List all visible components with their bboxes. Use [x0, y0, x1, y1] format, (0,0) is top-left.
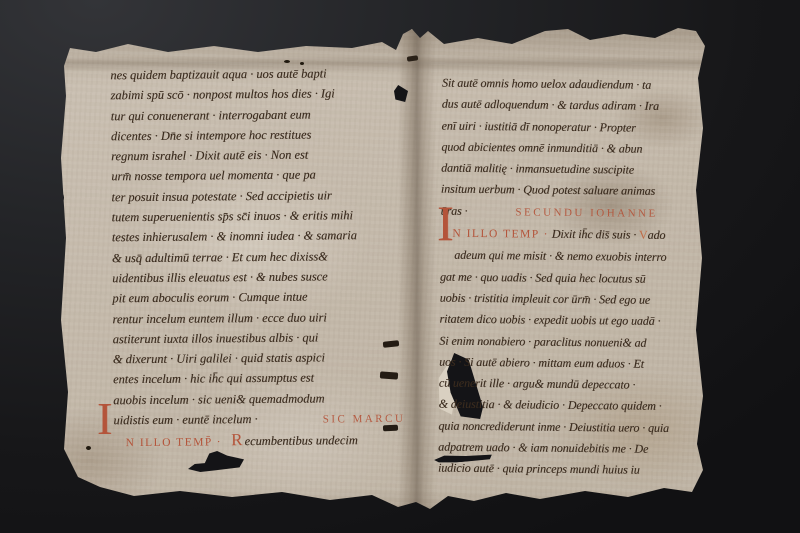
- line-text: ecumbentibus undecim: [244, 433, 357, 448]
- manuscript-line: uidentibus illis eleuatus est · & nubes …: [112, 266, 408, 289]
- manuscript-line: nes quidem baptizauit aqua · uos autē ba…: [110, 63, 406, 86]
- manuscript-line: enī uiri · iustitiā dī nonoperatur · Pro…: [441, 115, 709, 139]
- manuscript-line: quod abicientes omnē inmunditiā · & abun: [441, 136, 709, 160]
- manuscript-line: dicentes · Dn̄e si intempore hoc restitu…: [111, 124, 407, 147]
- manuscript-line: entes incelum · hic ih̄c qui assumptus e…: [113, 367, 409, 390]
- line-text: Dixit ih̄c dis̄ suis ·: [552, 227, 636, 242]
- manuscript-line: Si enim nonabiero · paraclitus nonueni& …: [439, 330, 707, 354]
- manuscript-line: tur qui conuenerant · interrogabant eum: [111, 103, 407, 126]
- manuscript-line: rentur incelum euntem illum · ecce duo u…: [112, 306, 408, 329]
- manuscript-line: astiterunt iuxta illos inuestibus albis …: [113, 327, 409, 350]
- initial-r: R: [225, 430, 245, 449]
- manuscript-line: & deiustitia · & deiudicio · Depeccato q…: [439, 394, 707, 418]
- manuscript-line: uidistis eum · euntē incelum · SIC MARCU: [113, 408, 409, 432]
- line-text: uidistis eum · euntē incelum ·: [113, 409, 257, 431]
- rubric-secundum-iohannem: SECUNDU IOHANNE: [515, 202, 658, 225]
- manuscript-line: uobis · tristitia impleuit cor ūrm̄ · Se…: [440, 288, 708, 312]
- manuscript-line: iudicio autē · quia princeps mundi huius…: [438, 458, 706, 482]
- hole-bottom-left: [188, 451, 244, 472]
- manuscript-line: gat me · quo uadis · Sed quia hec locutu…: [440, 266, 708, 290]
- manuscript-line: regnum israhel · Dixit autē eis · Non es…: [111, 144, 407, 167]
- ink-speck: [284, 60, 290, 63]
- manuscript-line: ūras · SECUNDU IOHANNE: [441, 200, 709, 225]
- manuscript-line: & usq̄ adultimū terrae · Et cum hec dixi…: [112, 245, 408, 268]
- right-page-text: Sit autē omnis homo uelox adaudiendum · …: [438, 73, 710, 482]
- manuscript-line: Sit autē omnis homo uelox adaudiendum · …: [442, 73, 710, 97]
- manuscript-line: urm̄ nosse tempora uel momenta · que pa: [111, 164, 407, 187]
- left-page-text: nes quidem baptizauit aqua · uos autē ba…: [110, 63, 409, 454]
- hole-left-edge: [56, 192, 64, 203]
- ink-speck: [86, 446, 91, 450]
- manuscript-line: testes inhierusalem · & inomni iudea · &…: [112, 225, 408, 248]
- manuscript-line: zabimi spū scō · nonpost multos hos dies…: [110, 83, 406, 106]
- incipit-in-illo-tempore: N ILLO TEMP̄ ·: [126, 437, 223, 450]
- manuscript-line: tutem superuenientis sp̄s sc̄i inuos · &…: [112, 205, 408, 228]
- manuscript-line: dus autē adloquendum · & tardus adiram ·…: [442, 94, 710, 118]
- initial-i-left: I: [97, 396, 112, 442]
- manuscript-line: & dixerunt · Uiri galilei · quid statis …: [113, 347, 409, 370]
- line-text: ado: [648, 228, 666, 242]
- manuscript-line: dantiā malitię · inmansuetudine suscipit…: [441, 158, 709, 182]
- rubric-secundum-marcum: SIC MARCU: [323, 409, 410, 430]
- manuscript-line: ter posuit insua potestate · Sed accipie…: [111, 184, 407, 207]
- manuscript-line: N ILLO TEMP · Dixit ih̄c dis̄ suis · Vad…: [440, 223, 708, 248]
- manuscript-line: adpatrem uado · & iam nonuidebitis me · …: [438, 437, 706, 461]
- manuscript-line: adeum qui me misit · & nemo exuobis inte…: [440, 245, 708, 269]
- parchment-bifolium: nes quidem baptizauit aqua · uos autē ba…: [0, 0, 800, 533]
- manuscript-line: auobis incelum · sic ueni& quemadmodum: [113, 387, 409, 410]
- manuscript-line: insitum uerbum · Quod potest saluare ani…: [441, 179, 709, 203]
- incipit-in-illo-tempore: N ILLO TEMP ·: [452, 228, 549, 241]
- manuscript-line: ritatem dico uobis · expedit uobis ut eg…: [439, 309, 707, 333]
- manuscript-line: quia noncrediderunt inme · Deiustitia ue…: [438, 415, 706, 439]
- manuscript-line: pit eum aboculis eorum · Cumque intue: [112, 286, 408, 309]
- manuscript-line: N ILLO TEMP̄ · Recumbentibus undecim: [114, 429, 410, 454]
- manuscript-line: cū uenerit ille · argu& mundū depeccato …: [439, 373, 707, 397]
- manuscript-line: uos · Si autē abiero · mittam eum aduos …: [439, 351, 707, 375]
- initial-i-right: I: [437, 198, 454, 248]
- photo-backdrop: nes quidem baptizauit aqua · uos autē ba…: [0, 0, 800, 533]
